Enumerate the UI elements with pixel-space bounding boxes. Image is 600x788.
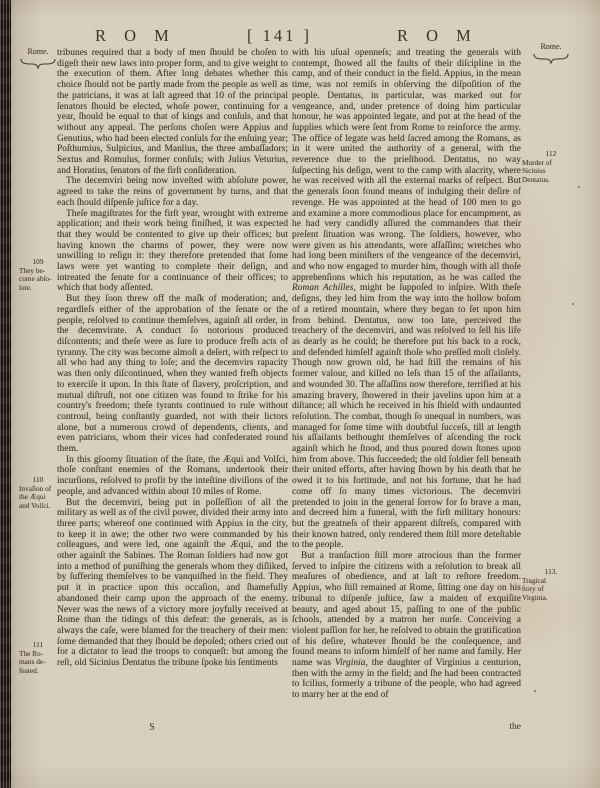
body-text: But the decemviri, being put in poſſeſſi… xyxy=(57,498,288,669)
running-margin-title: Rome. xyxy=(522,43,580,64)
margin-note-line: feated. xyxy=(19,667,57,676)
body-text: Theſe magiſtrates for the firſt year, wr… xyxy=(57,209,288,294)
paragraph: But a tranſaction ſtill more atrocious t… xyxy=(292,551,521,701)
paragraph: But they ſoon threw off the maſk of mode… xyxy=(57,294,288,455)
body-text: with his uſual openneſs; and treating th… xyxy=(292,48,521,283)
ink-speck xyxy=(572,303,574,305)
brace-ornament xyxy=(533,53,569,64)
margin-note-line: Virginia. xyxy=(522,594,580,603)
running-margin-label: Rome. xyxy=(540,42,561,51)
body-text: tribunes required that a body of men ſho… xyxy=(57,48,288,176)
margin-note: 111The Ro-mans de-feated. xyxy=(19,641,57,675)
body-text: But a tranſaction ſtill more atrocious t… xyxy=(292,551,521,668)
body-text: , might be ſuppoſed to inſpire. With the… xyxy=(292,283,521,550)
italic-text: Roman Achilles xyxy=(292,283,353,293)
body-text: In this gloomy ſituation of the ſtate, t… xyxy=(57,455,288,497)
running-title-right: R O M xyxy=(397,26,478,46)
paragraph: The decemviri being now inveſted with ab… xyxy=(57,176,288,208)
text-column-right: with his uſual openneſs; and treating th… xyxy=(292,48,521,701)
running-margin-title: Rome. xyxy=(19,48,57,69)
running-margin-label: Rome. xyxy=(27,47,48,56)
ink-speck xyxy=(578,186,580,188)
margin-note: 110Invaſion ofthe Æquiand Volſci. xyxy=(19,476,57,510)
text-column-left: tribunes required that a body of men ſho… xyxy=(57,48,288,669)
paragraph: In this gloomy ſituation of the ſtate, t… xyxy=(57,455,288,498)
paragraph: with his uſual openneſs; and treating th… xyxy=(292,48,521,551)
margin-note-line: lute. xyxy=(19,284,57,293)
margin-note-line: and Volſci. xyxy=(19,502,57,511)
body-text: The decemviri being now inveſted with ab… xyxy=(57,176,288,207)
page-number: [ 141 ] xyxy=(247,26,312,46)
paragraph: Theſe magiſtrates for the firſt year, wr… xyxy=(57,209,288,295)
margin-note: 113.Tragicalſtory ofVirginia. xyxy=(522,568,580,602)
margin-note-line: Dentatus. xyxy=(522,176,580,185)
running-title-left: R O M xyxy=(95,26,176,46)
catchword: the xyxy=(292,722,521,732)
brace-ornament xyxy=(20,58,56,69)
signature-mark: S xyxy=(57,722,247,733)
paragraph: But the decemviri, being put in poſſeſſi… xyxy=(57,498,288,669)
italic-text: Virginia xyxy=(335,658,366,668)
body-text: But they ſoon threw off the maſk of mode… xyxy=(57,294,288,454)
paragraph: tribunes required that a body of men ſho… xyxy=(57,48,288,176)
book-page: R O M [ 141 ] R O M tribunes required th… xyxy=(0,0,600,788)
margin-note: 112Murder ofSiciniusDentatus. xyxy=(522,150,580,184)
margin-note: 109They be-come abſo-lute. xyxy=(19,258,57,292)
ink-speck xyxy=(534,690,536,692)
book-binding-edge xyxy=(0,0,11,788)
